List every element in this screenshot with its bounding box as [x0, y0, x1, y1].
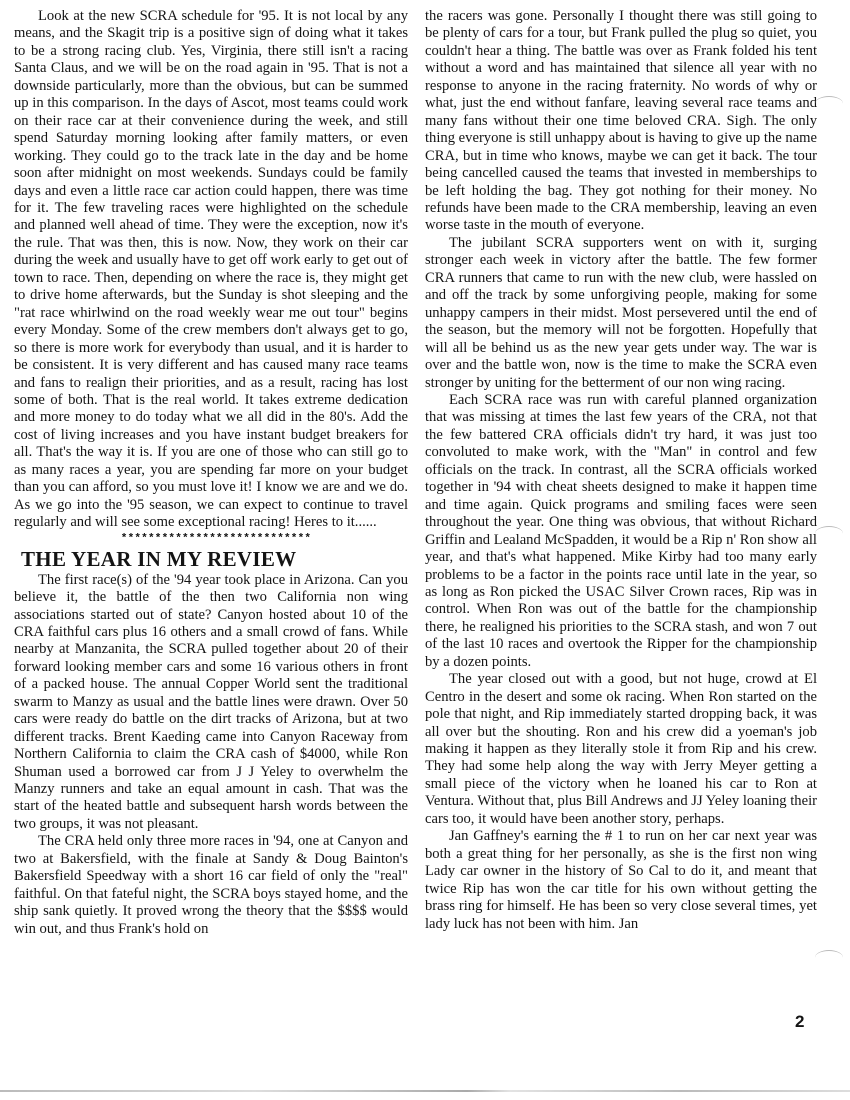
body-paragraph: Jan Gaffney's earning the # 1 to run on …: [425, 828, 817, 933]
right-column: the racers was gone. Personally I though…: [425, 8, 817, 933]
section-heading: THE YEAR IN MY REVIEW: [21, 546, 408, 572]
page-number: 2: [795, 1012, 804, 1032]
body-paragraph: The year closed out with a good, but not…: [425, 671, 817, 828]
page-fold-mark: [815, 526, 843, 541]
body-paragraph: Each SCRA race was run with careful plan…: [425, 392, 817, 671]
bottom-scan-edge: [0, 1090, 850, 1092]
page-fold-mark: [815, 96, 843, 111]
body-paragraph: The CRA held only three more races in '9…: [14, 833, 408, 938]
body-paragraph: The first race(s) of the '94 year took p…: [14, 572, 408, 834]
section-separator: ****************************: [14, 532, 408, 546]
newsletter-page: Look at the new SCRA schedule for '95. I…: [0, 0, 850, 1100]
continued-paragraph: the racers was gone. Personally I though…: [425, 8, 817, 235]
body-paragraph: The jubilant SCRA supporters went on wit…: [425, 235, 817, 392]
intro-paragraph: Look at the new SCRA schedule for '95. I…: [14, 8, 408, 532]
page-fold-mark: [815, 950, 843, 965]
left-column: Look at the new SCRA schedule for '95. I…: [14, 8, 408, 938]
